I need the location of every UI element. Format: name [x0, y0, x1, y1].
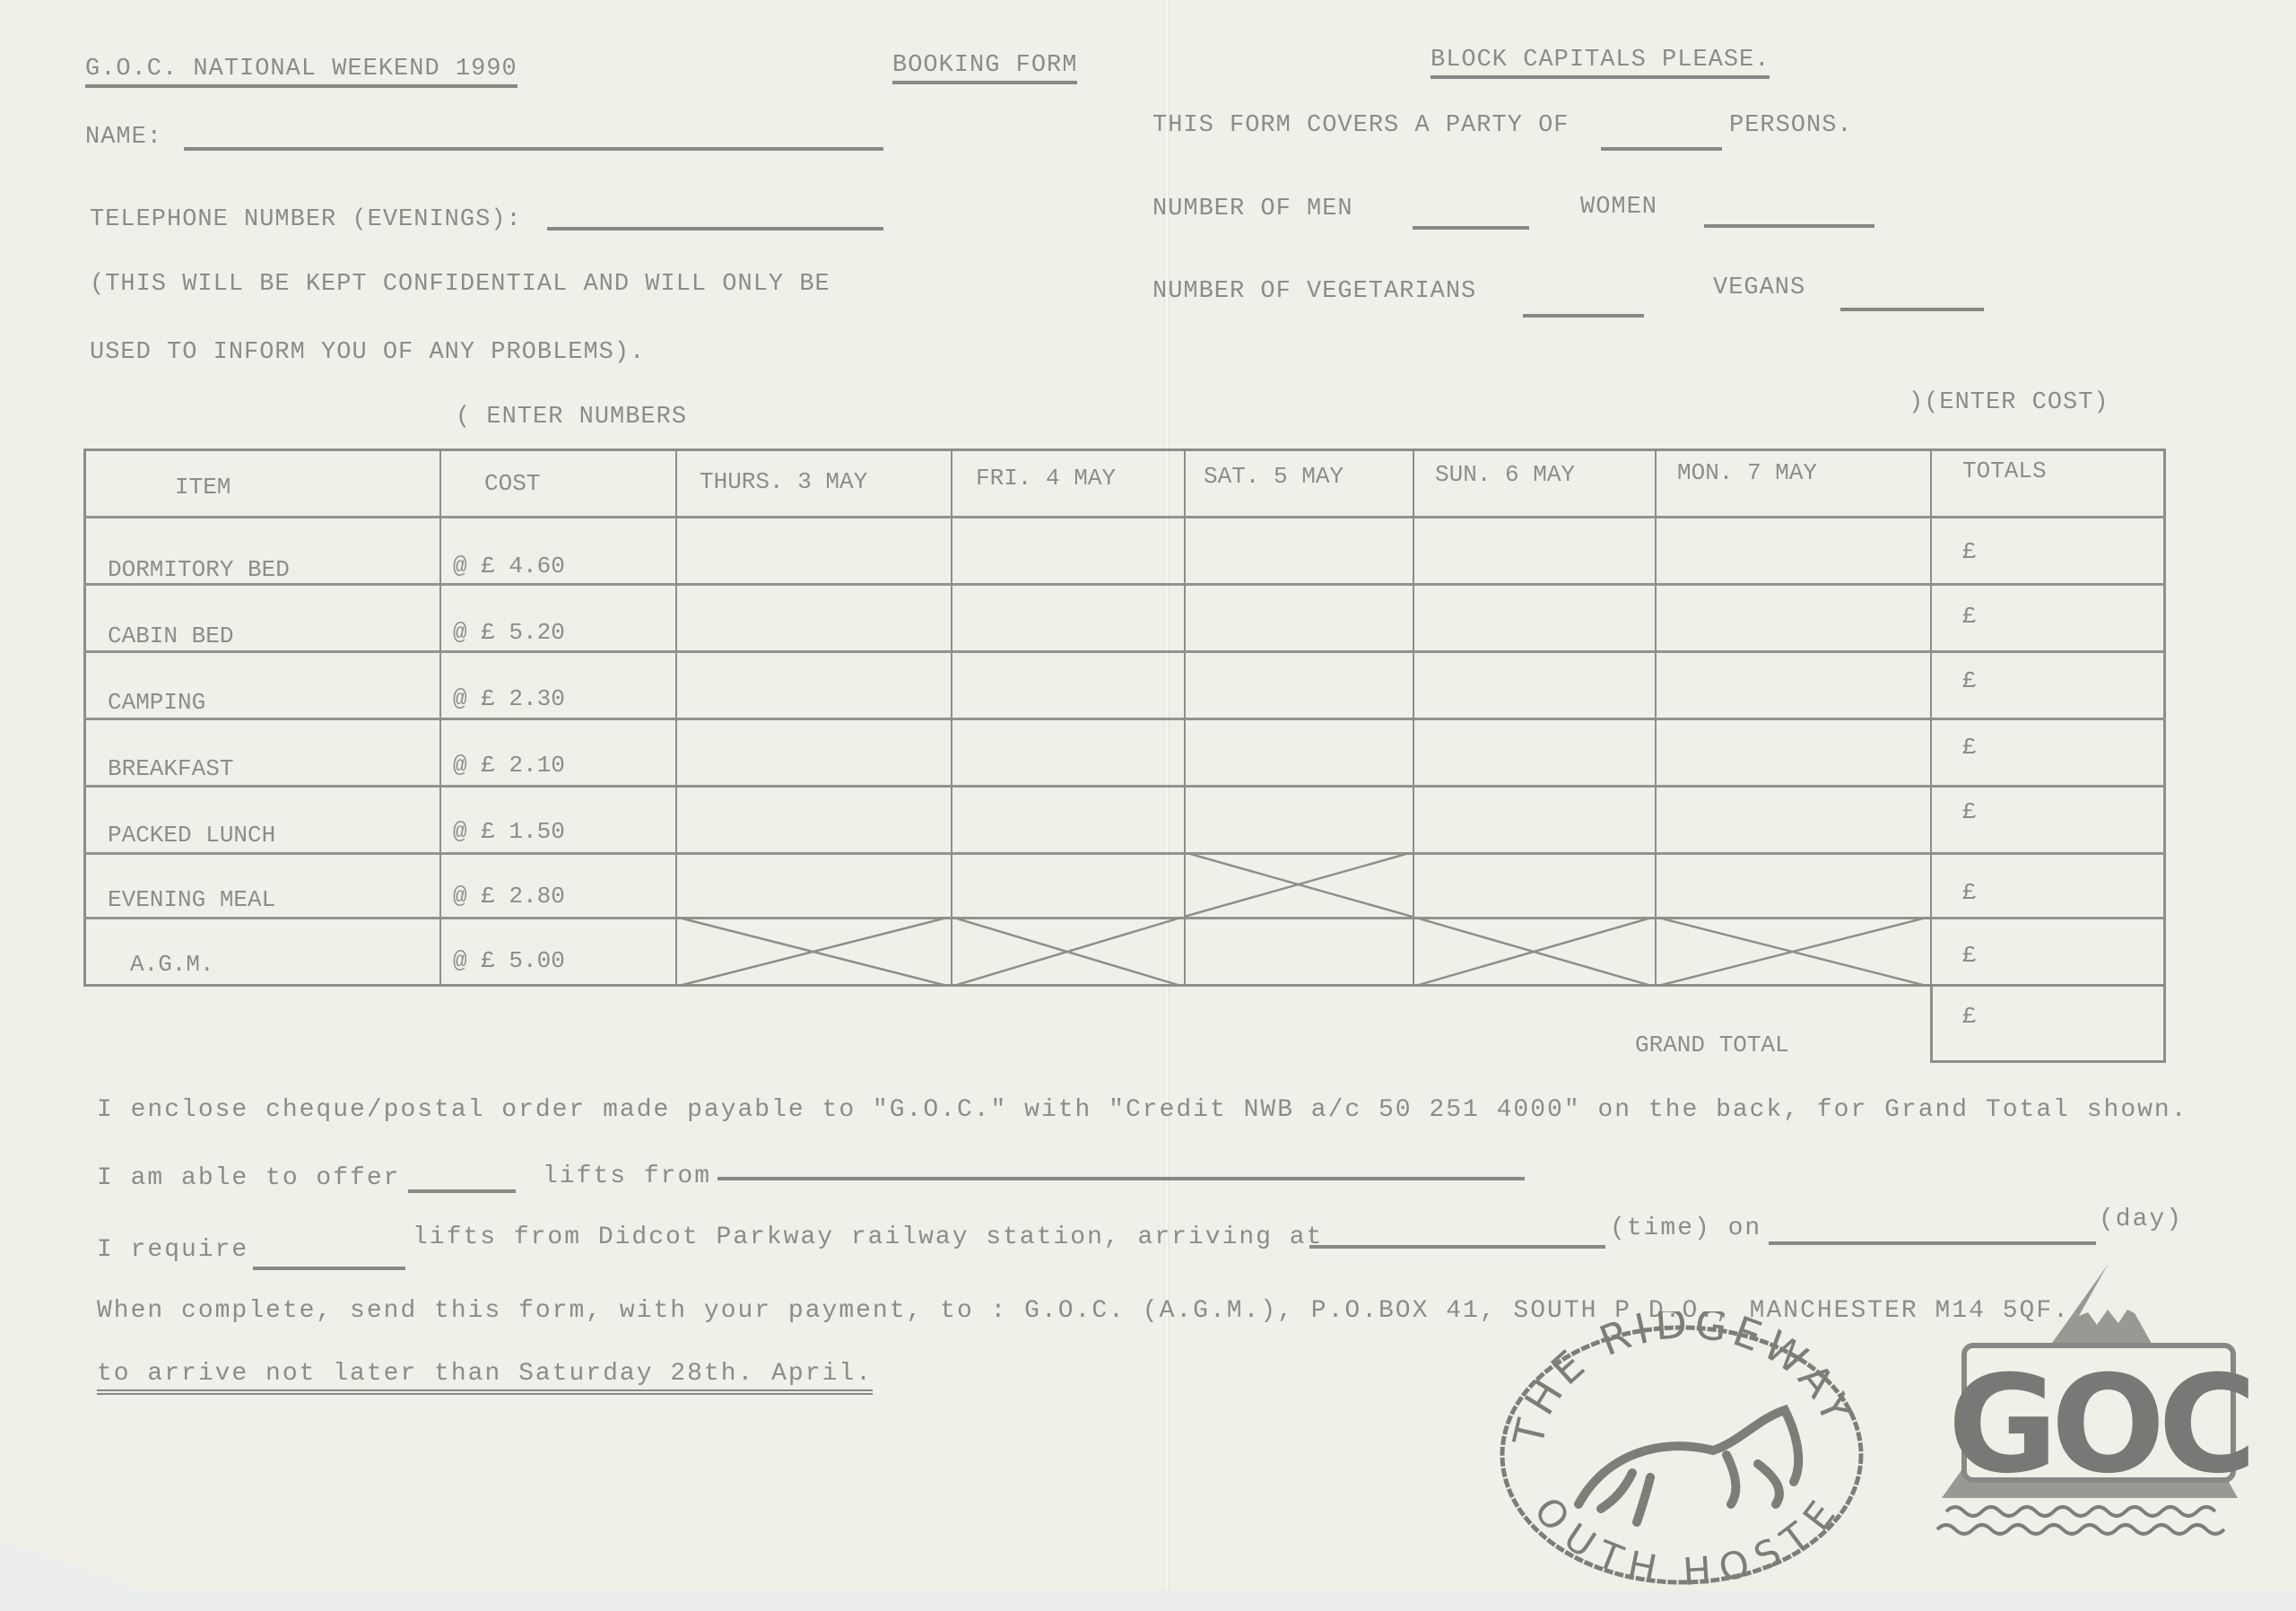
column-divider	[1655, 448, 1657, 987]
table-header-divider	[83, 516, 2166, 518]
row-total-camping[interactable]: £	[1962, 667, 1977, 694]
row-item-dormitory-bed: DORMITORY BED	[108, 556, 290, 583]
phone-label: TELEPHONE NUMBER (EVENINGS):	[90, 206, 522, 233]
grand-total-label: GRAND TOTAL	[1635, 1032, 1789, 1058]
column-header-mon: MON. 7 MAY	[1677, 459, 1817, 486]
water-waves-icon	[1937, 1507, 2224, 1534]
offer-lifts-from-field[interactable]	[717, 1177, 1525, 1180]
row-divider	[83, 718, 2166, 720]
form-type-heading: BOOKING FORM	[892, 52, 1077, 84]
grand-total-value: £	[1962, 1003, 1977, 1030]
column-header-sun: SUN. 6 MAY	[1435, 461, 1575, 488]
row-divider	[83, 852, 2166, 855]
row-item-packed-lunch: PACKED LUNCH	[108, 822, 275, 849]
column-divider	[1930, 448, 1932, 987]
row-total-evening-meal[interactable]: £	[1962, 879, 1977, 906]
row-total-cabin-bed[interactable]: £	[1962, 603, 1977, 630]
row-divider	[83, 583, 2166, 586]
row-item-cabin-bed: CABIN BED	[108, 623, 233, 649]
column-divider	[675, 448, 677, 987]
offer-lifts-from-label: lifts from	[543, 1163, 711, 1190]
ridgeway-youth-hostel-stamp: THE RIDGEWAY YOUTH HOSTEL	[1489, 1311, 1874, 1589]
hostel-stamp-top-text: THE RIDGEWAY	[1503, 1311, 1863, 1451]
name-label: NAME:	[85, 124, 162, 151]
deadline-text: to arrive not later than Saturday 28th. …	[97, 1360, 873, 1395]
men-label: NUMBER OF MEN	[1152, 196, 1353, 222]
women-field[interactable]	[1704, 224, 1874, 228]
column-divider	[951, 448, 952, 987]
goc-logo-text: GOC	[1948, 1347, 2250, 1503]
row-cost-camping: @ £ 2.30	[453, 685, 565, 712]
svg-text:THE RIDGEWAY: THE RIDGEWAY	[1503, 1311, 1863, 1451]
column-header-totals: TOTALS	[1962, 457, 2047, 484]
goc-club-logo: GOC	[1928, 1260, 2251, 1547]
column-header-cost: COST	[484, 470, 540, 497]
row-cost-cabin-bed: @ £ 5.20	[453, 619, 565, 646]
block-capitals-instruction: BLOCK CAPITALS PLEASE.	[1431, 47, 1770, 79]
form-title: G.O.C. NATIONAL WEEKEND 1990	[85, 56, 517, 88]
women-label: WOMEN	[1580, 194, 1657, 221]
row-cost-packed-lunch: @ £ 1.50	[453, 818, 565, 845]
row-total-agm[interactable]: £	[1962, 942, 1977, 969]
vegans-label: VEGANS	[1713, 274, 1805, 301]
row-total-dormitory-bed[interactable]: £	[1962, 538, 1977, 565]
column-divider	[1413, 448, 1414, 987]
offer-lifts-label: I am able to offer	[97, 1164, 400, 1192]
arrival-day-field[interactable]	[1769, 1241, 2096, 1245]
row-item-evening-meal: EVENING MEAL	[108, 886, 275, 913]
crossed-cell-agm-sun	[1413, 917, 1655, 987]
vegetarians-field[interactable]	[1523, 314, 1644, 318]
privacy-note-line2: USED TO INFORM YOU OF ANY PROBLEMS).	[90, 339, 645, 366]
column-header-thurs: THURS. 3 MAY	[700, 468, 867, 495]
vegans-field[interactable]	[1840, 308, 1984, 311]
name-field[interactable]	[184, 147, 883, 151]
row-item-breakfast: BREAKFAST	[108, 755, 233, 782]
white-horse-icon	[1578, 1410, 1798, 1522]
party-size-label: THIS FORM COVERS A PARTY OF	[1152, 112, 1569, 139]
column-header-fri: FRI. 4 MAY	[976, 465, 1116, 492]
row-total-packed-lunch[interactable]: £	[1962, 798, 1977, 825]
enter-cost-note: )(ENTER COST)	[1909, 389, 2109, 416]
vegetarians-label: NUMBER OF VEGETARIANS	[1152, 278, 1476, 305]
offer-lifts-count-field[interactable]	[408, 1189, 516, 1193]
row-cost-evening-meal: @ £ 2.80	[453, 883, 565, 910]
crossed-cell-agm-mon	[1655, 917, 1930, 987]
require-lifts-label: I require	[97, 1236, 248, 1264]
party-size-suffix: PERSONS.	[1729, 112, 1853, 139]
row-cost-breakfast: @ £ 2.10	[453, 752, 565, 779]
phone-field[interactable]	[547, 227, 883, 231]
row-item-agm: A.G.M.	[130, 951, 214, 978]
row-cost-agm: @ £ 5.00	[453, 947, 565, 974]
require-lifts-text: lifts from Didcot Parkway railway statio…	[413, 1223, 1323, 1251]
arrival-time-label: (time) on	[1610, 1215, 1761, 1242]
row-item-camping: CAMPING	[108, 689, 205, 716]
row-divider	[83, 785, 2166, 788]
row-divider	[83, 650, 2166, 653]
enter-numbers-note: ( ENTER NUMBERS	[456, 404, 687, 431]
arrival-day-label: (day)	[2099, 1206, 2183, 1233]
privacy-note-line1: (THIS WILL BE KEPT CONFIDENTIAL AND WILL…	[90, 271, 831, 298]
row-cost-dormitory-bed: @ £ 4.60	[453, 553, 565, 579]
arrival-time-field[interactable]	[1309, 1245, 1605, 1249]
crossed-cell-evening-meal-sat	[1184, 852, 1413, 917]
men-field[interactable]	[1413, 226, 1529, 230]
row-total-breakfast[interactable]: £	[1962, 734, 1977, 761]
column-header-sat: SAT. 5 MAY	[1204, 463, 1344, 490]
payment-instructions: I enclose cheque/postal order made payab…	[97, 1096, 2188, 1124]
party-size-field[interactable]	[1601, 147, 1722, 151]
require-lifts-count-field[interactable]	[253, 1267, 405, 1270]
column-header-item: ITEM	[175, 474, 230, 501]
column-divider	[439, 448, 441, 987]
crossed-cell-agm-thurs	[675, 917, 951, 987]
crossed-cell-agm-fri	[951, 917, 1184, 987]
